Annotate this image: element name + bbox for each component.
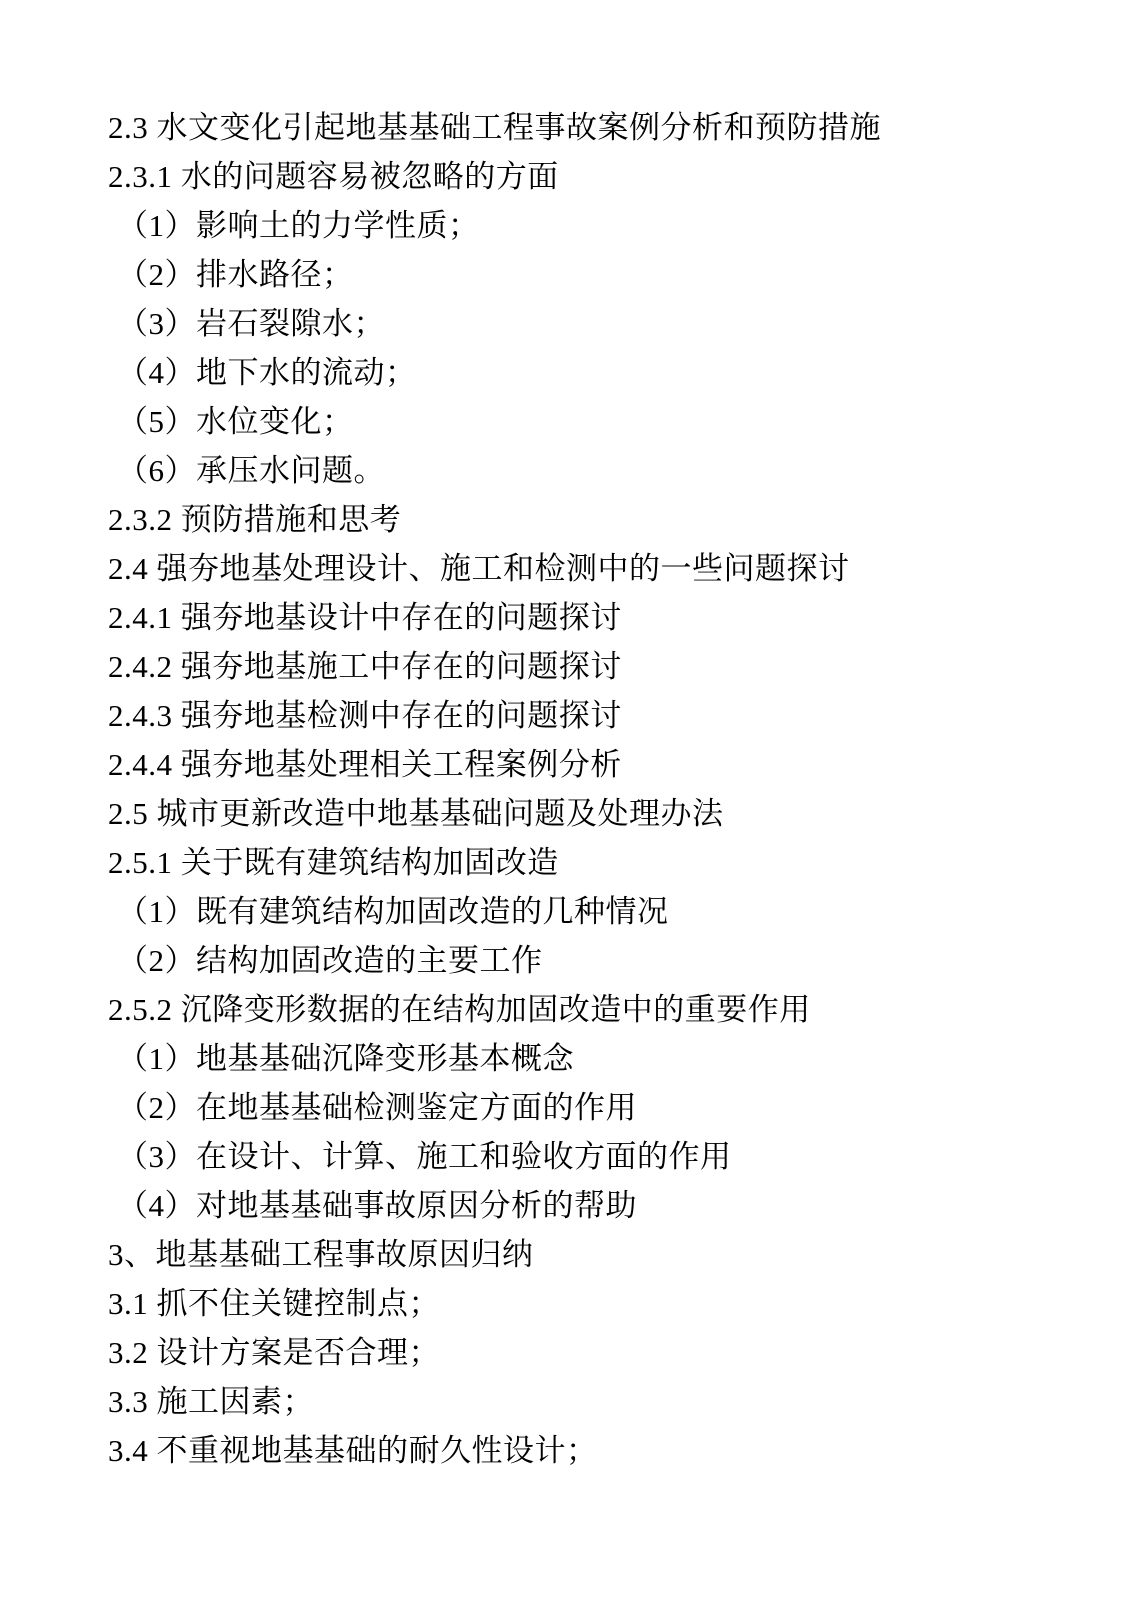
outline-entry: 2.4.1 强夯地基设计中存在的问题探讨	[108, 593, 1091, 642]
document-page: 2.3 水文变化引起地基基础工程事故案例分析和预防措施 2.3.1 水的问题容易…	[0, 0, 1131, 1600]
outline-entry: 2.4.4 强夯地基处理相关工程案例分析	[108, 740, 1091, 789]
outline-entry: 3、地基基础工程事故原因归纳	[108, 1230, 1091, 1279]
outline-entry: 2.3.1 水的问题容易被忽略的方面	[108, 152, 1091, 201]
outline-entry: （6）承压水问题。	[108, 446, 1091, 495]
outline-entry: （2）排水路径；	[108, 250, 1091, 299]
document-outline: 2.3 水文变化引起地基基础工程事故案例分析和预防措施 2.3.1 水的问题容易…	[108, 103, 1091, 1475]
outline-entry: 3.1 抓不住关键控制点；	[108, 1279, 1091, 1328]
outline-entry: 3.2 设计方案是否合理；	[108, 1328, 1091, 1377]
outline-entry: （5）水位变化；	[108, 397, 1091, 446]
outline-entry: 2.4.3 强夯地基检测中存在的问题探讨	[108, 691, 1091, 740]
outline-entry: （3）岩石裂隙水；	[108, 299, 1091, 348]
outline-entry: （4）地下水的流动；	[108, 348, 1091, 397]
outline-entry: （4）对地基基础事故原因分析的帮助	[108, 1181, 1091, 1230]
outline-entry: 2.5.1 关于既有建筑结构加固改造	[108, 838, 1091, 887]
outline-entry: 2.3 水文变化引起地基基础工程事故案例分析和预防措施	[108, 103, 1091, 152]
outline-entry: 2.4.2 强夯地基施工中存在的问题探讨	[108, 642, 1091, 691]
outline-entry: （1）影响土的力学性质；	[108, 201, 1091, 250]
outline-entry: 2.5.2 沉降变形数据的在结构加固改造中的重要作用	[108, 985, 1091, 1034]
outline-entry: 2.4 强夯地基处理设计、施工和检测中的一些问题探讨	[108, 544, 1091, 593]
outline-entry: 3.3 施工因素；	[108, 1377, 1091, 1426]
outline-entry: （1）地基基础沉降变形基本概念	[108, 1034, 1091, 1083]
outline-entry: （3）在设计、计算、施工和验收方面的作用	[108, 1132, 1091, 1181]
outline-entry: 2.3.2 预防措施和思考	[108, 495, 1091, 544]
outline-entry: （1）既有建筑结构加固改造的几种情况	[108, 887, 1091, 936]
outline-entry: 2.5 城市更新改造中地基基础问题及处理办法	[108, 789, 1091, 838]
outline-entry: （2）在地基基础检测鉴定方面的作用	[108, 1083, 1091, 1132]
outline-entry: （2）结构加固改造的主要工作	[108, 936, 1091, 985]
outline-entry: 3.4 不重视地基基础的耐久性设计；	[108, 1426, 1091, 1475]
